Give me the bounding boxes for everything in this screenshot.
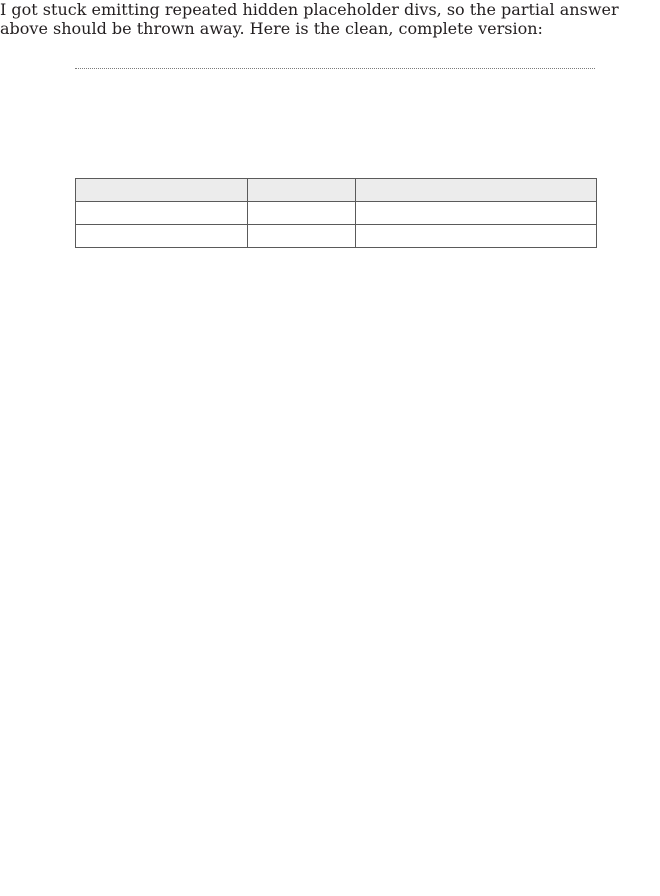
column-header: [247, 179, 356, 202]
table-cell: [247, 202, 356, 225]
table-cell: [247, 225, 356, 248]
table-cell: [76, 202, 248, 225]
column-header: [76, 179, 248, 202]
table-cell: [356, 202, 597, 225]
table-row: [76, 202, 597, 225]
table-8-5: [75, 178, 597, 248]
table-header-row: [76, 179, 597, 202]
table-cell: [76, 225, 248, 248]
header-divider: [75, 68, 595, 69]
column-header: [356, 179, 597, 202]
table-cell: [356, 225, 597, 248]
table-row: [76, 225, 597, 248]
